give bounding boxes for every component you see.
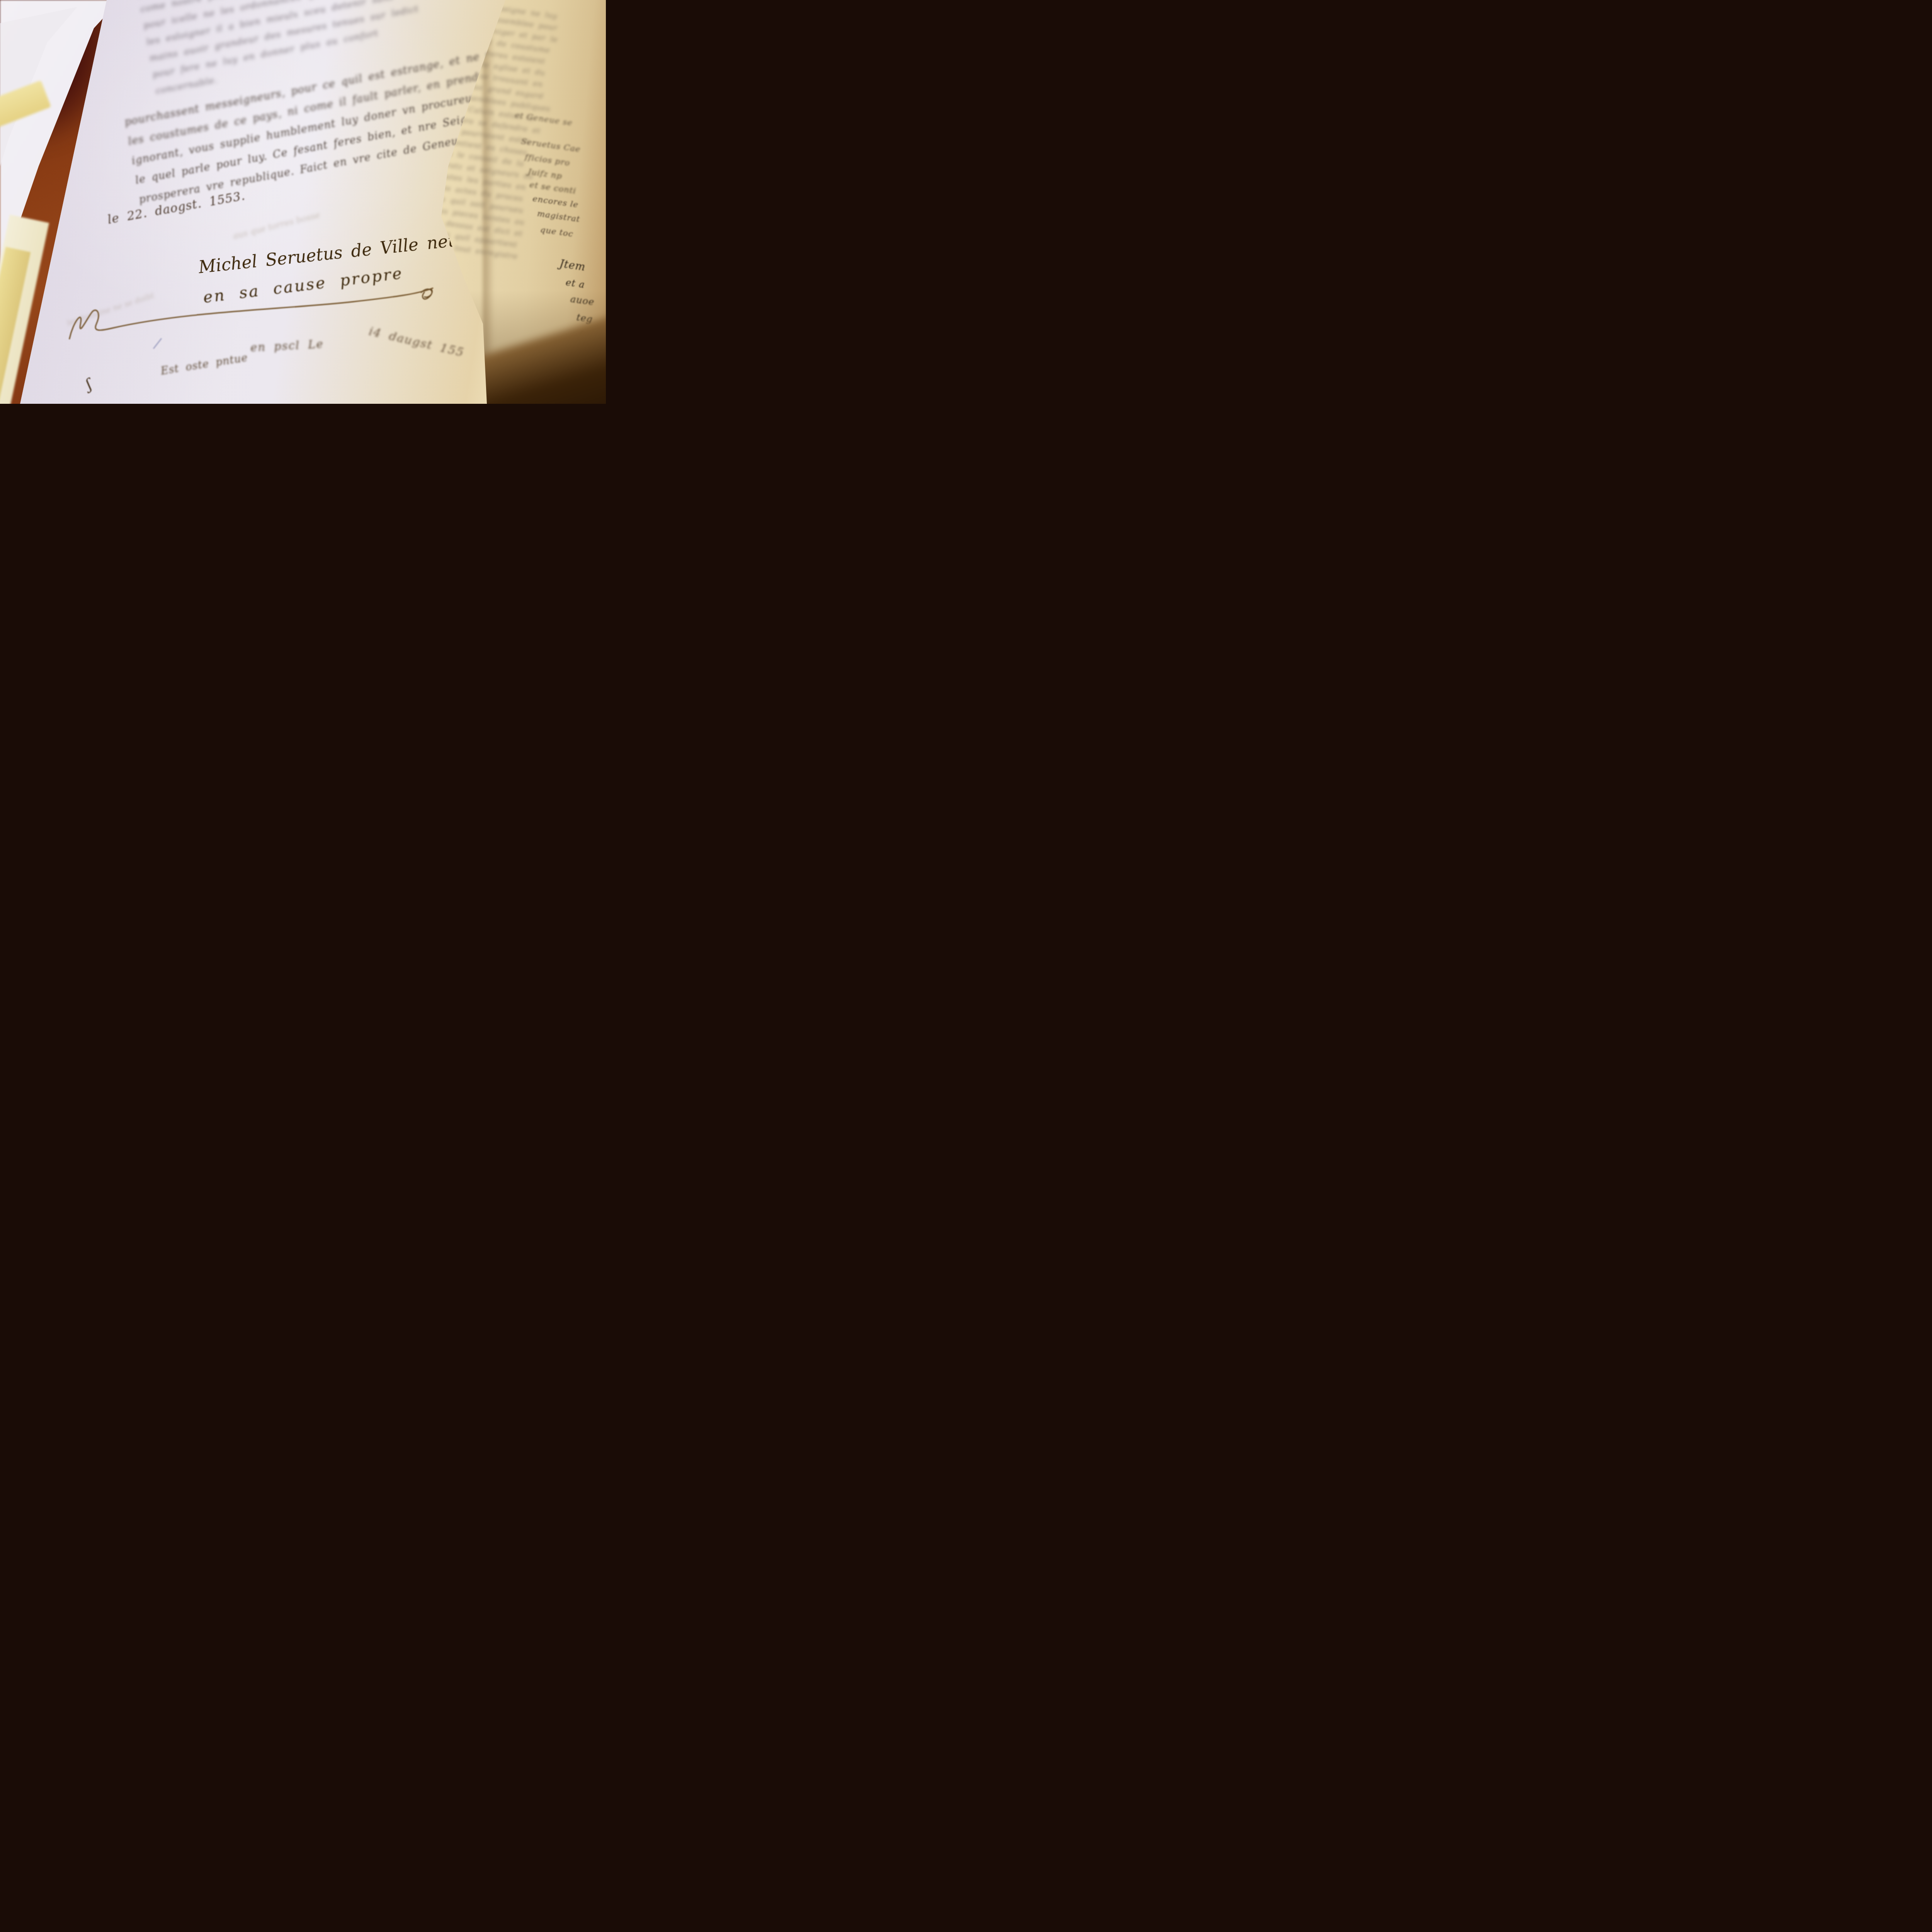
right-page-fragment: auoe <box>570 294 595 308</box>
manuscript-photograph: et que la desseigne ne luy prontement as… <box>0 0 606 404</box>
ink-bleedthrough-ghost: aus que torres bosse <box>232 210 321 241</box>
right-page-fragment: et a <box>565 277 585 291</box>
archivist-note-left: Est oste pntue <box>160 352 248 377</box>
ink-squiggle-mark: ʃ <box>83 376 94 393</box>
